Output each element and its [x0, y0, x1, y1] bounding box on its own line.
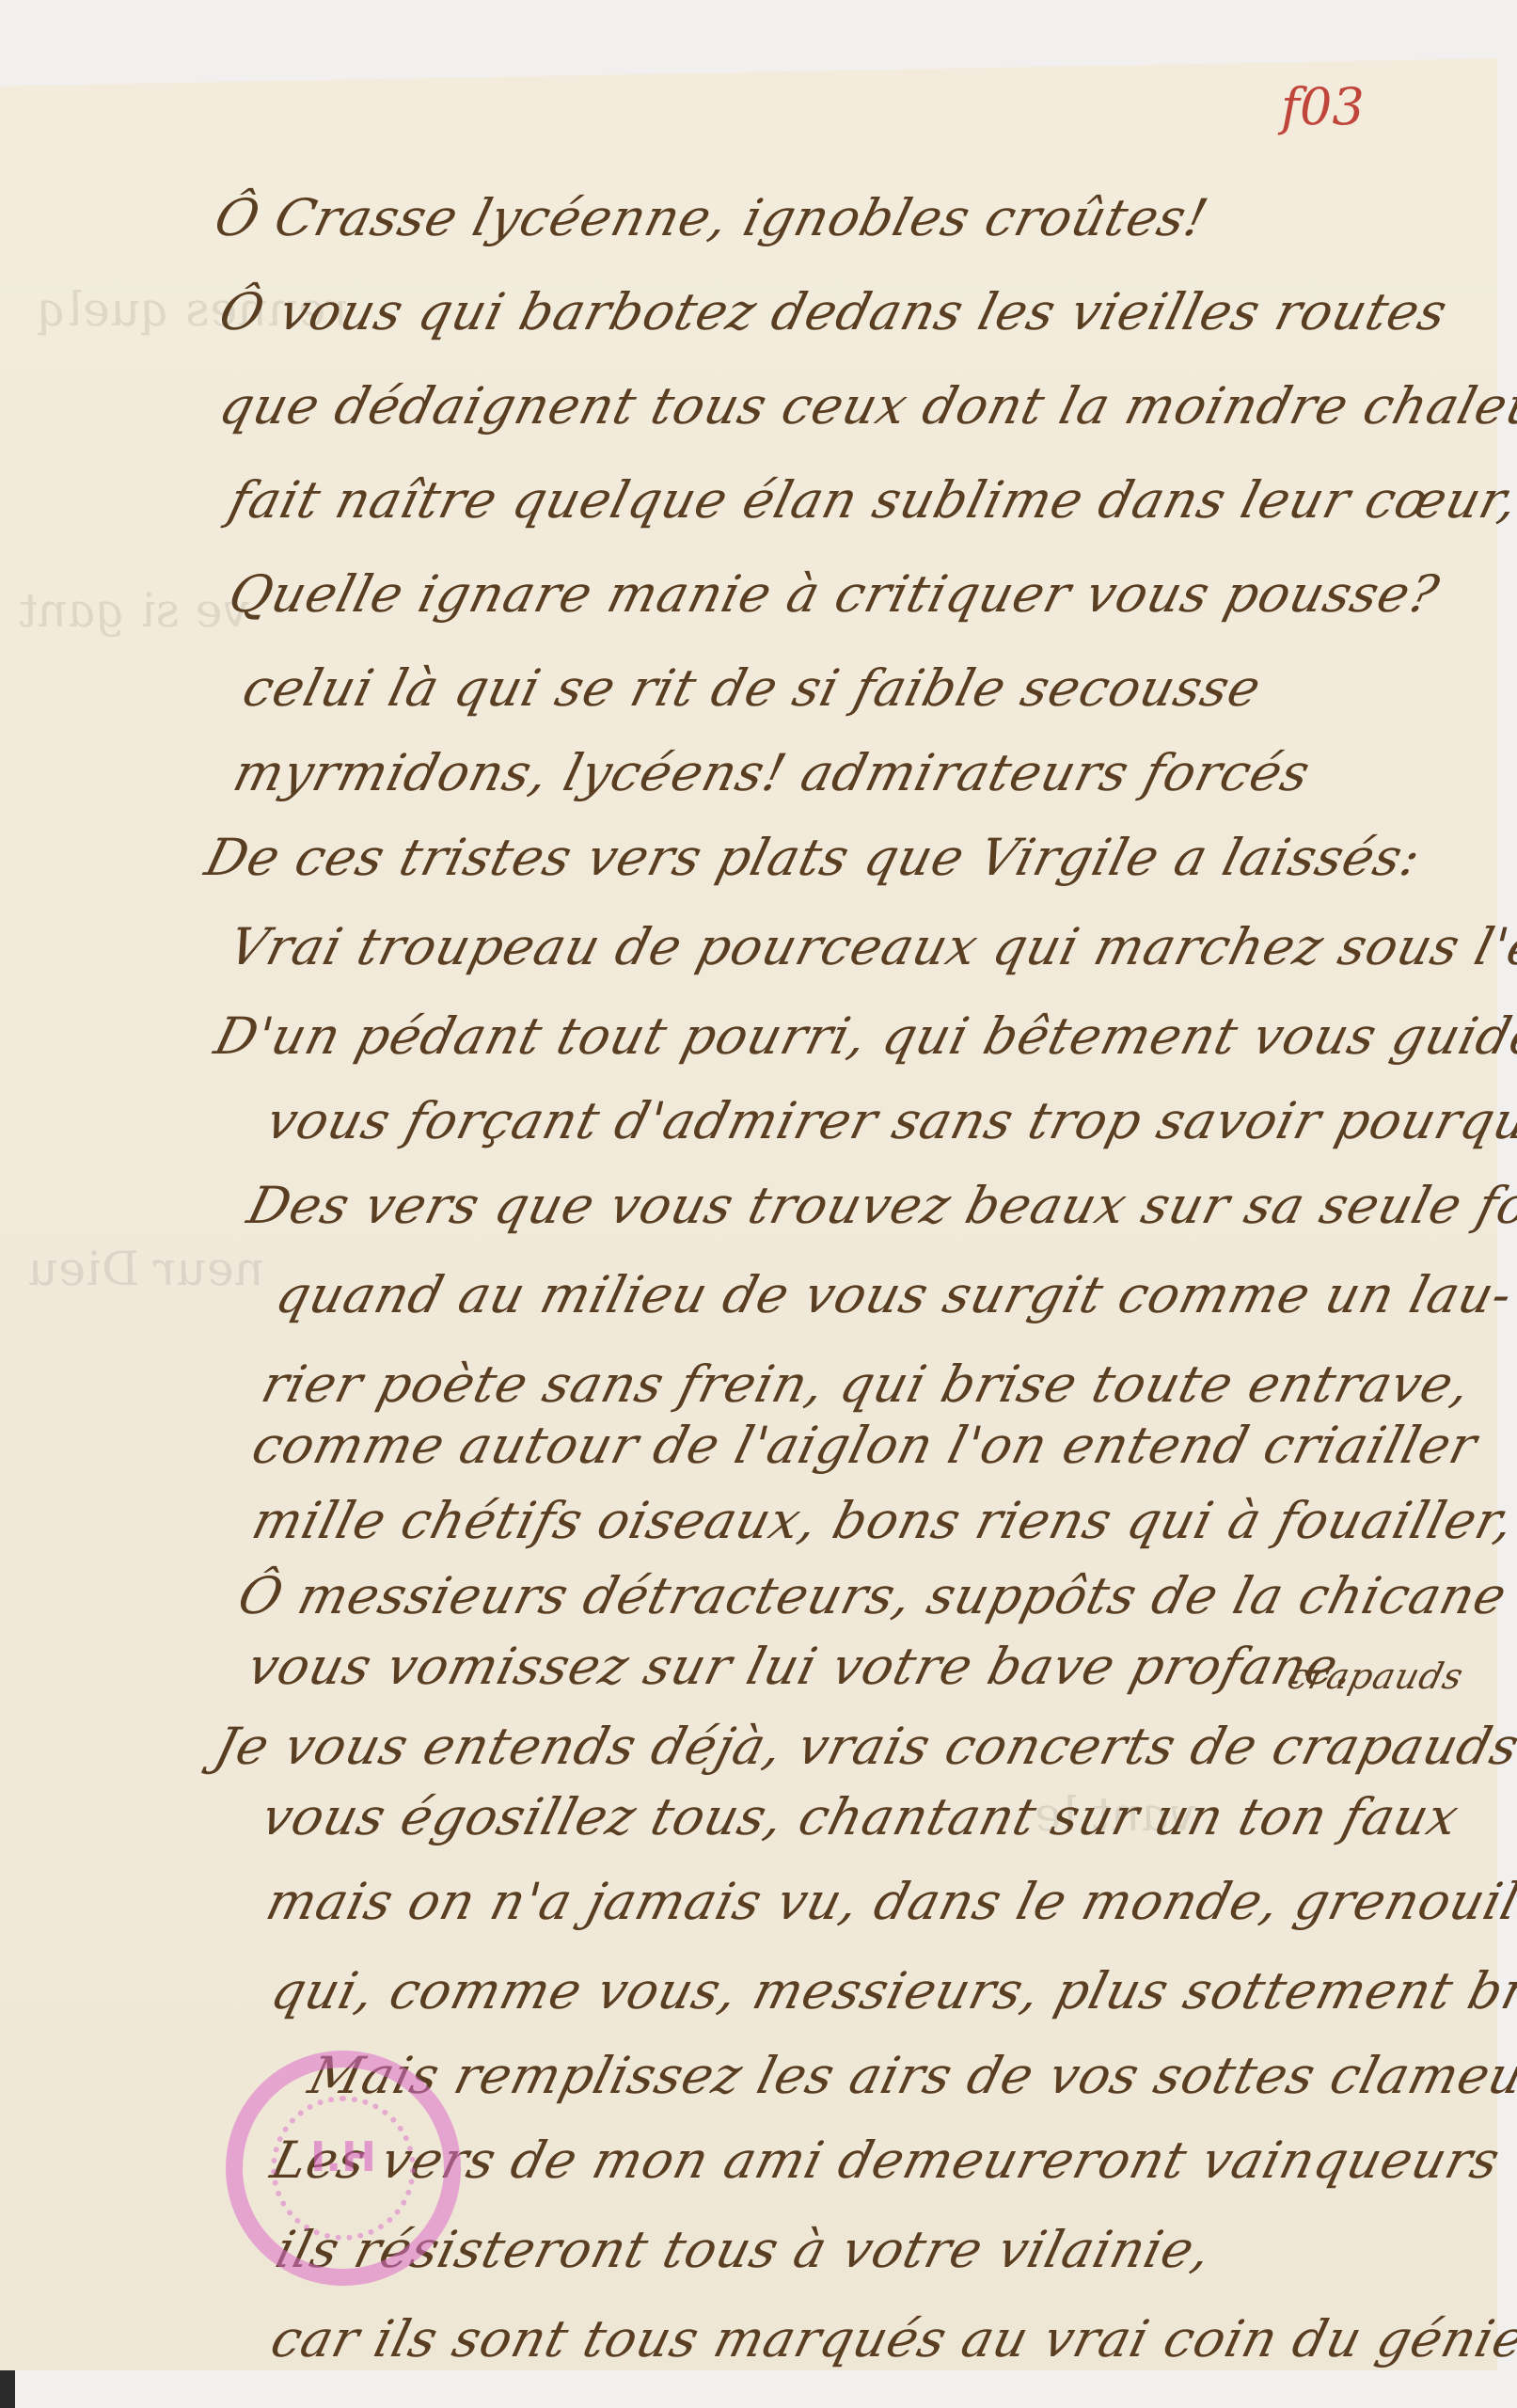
manuscript-line: fait naître quelque élan sublime dans le… — [223, 470, 1517, 530]
manuscript-line: Vrai troupeau de pourceaux qui marchez s… — [223, 917, 1517, 976]
interlinear-insertion: crapauds — [1284, 1655, 1468, 1697]
manuscript-line: mais on n'a jamais vu, dans le monde, gr… — [261, 1872, 1517, 1931]
stamp-text: I.H — [243, 2133, 444, 2181]
bleed-through-text: ve si gant — [14, 583, 255, 638]
manuscript-line: car ils sont tous marqués au vrai coin d… — [265, 2309, 1517, 2368]
manuscript-line: De ces tristes vers plats que Virgile a … — [199, 828, 1427, 887]
scan-edge — [0, 2370, 15, 2408]
manuscript-line: qui, comme vous, messieurs, plus sotteme… — [265, 1961, 1517, 2020]
manuscript-line: vous égosillez tous, chantant sur un ton… — [256, 1787, 1465, 1846]
manuscript-line: rier poète sans frein, qui brise toute e… — [256, 1354, 1477, 1414]
manuscript-line: vous vomissez sur lui votre bave profane… — [242, 1637, 1362, 1696]
manuscript-line: Ô messieurs détracteurs, suppôts de la c… — [232, 1566, 1513, 1625]
manuscript-line: vous forçant d'admirer sans trop savoir … — [261, 1091, 1517, 1150]
manuscript-line: Quelle ignare manie à critiquer vous pou… — [223, 564, 1446, 624]
library-stamp: I.H — [226, 2051, 461, 2286]
manuscript-line: myrmidons, lycéens! admirateurs forcés — [228, 743, 1317, 802]
manuscript-line: Ô Crasse lycéenne, ignobles croûtes! — [209, 188, 1214, 247]
bleed-through-text: neur Dieu — [24, 1242, 270, 1296]
manuscript-line: comme autour de l'aiglon l'on entend cri… — [246, 1416, 1483, 1475]
manuscript-line: Des vers que vous trouvez beaux sur sa s… — [242, 1176, 1517, 1235]
manuscript-line: Mais remplissez les airs de vos sottes c… — [303, 2046, 1517, 2105]
manuscript-line: D'un pédant tout pourri, qui bêtement vo… — [209, 1006, 1517, 1066]
manuscript-line: Ô vous qui barbotez dedans les vieilles … — [213, 282, 1453, 341]
manuscript-line: quand au milieu de vous surgit comme un … — [270, 1265, 1517, 1324]
folio-number: f03 — [1281, 77, 1365, 136]
manuscript-line: que dédaignent tous ceux dont la moindre… — [213, 376, 1517, 436]
manuscript-line: mille chétifs oiseaux, bons riens qui à … — [246, 1491, 1517, 1550]
manuscript-line: Je vous entends déjà, vrais concerts de … — [209, 1717, 1517, 1776]
manuscript-line: celui là qui se rit de si faible secouss… — [237, 658, 1267, 718]
